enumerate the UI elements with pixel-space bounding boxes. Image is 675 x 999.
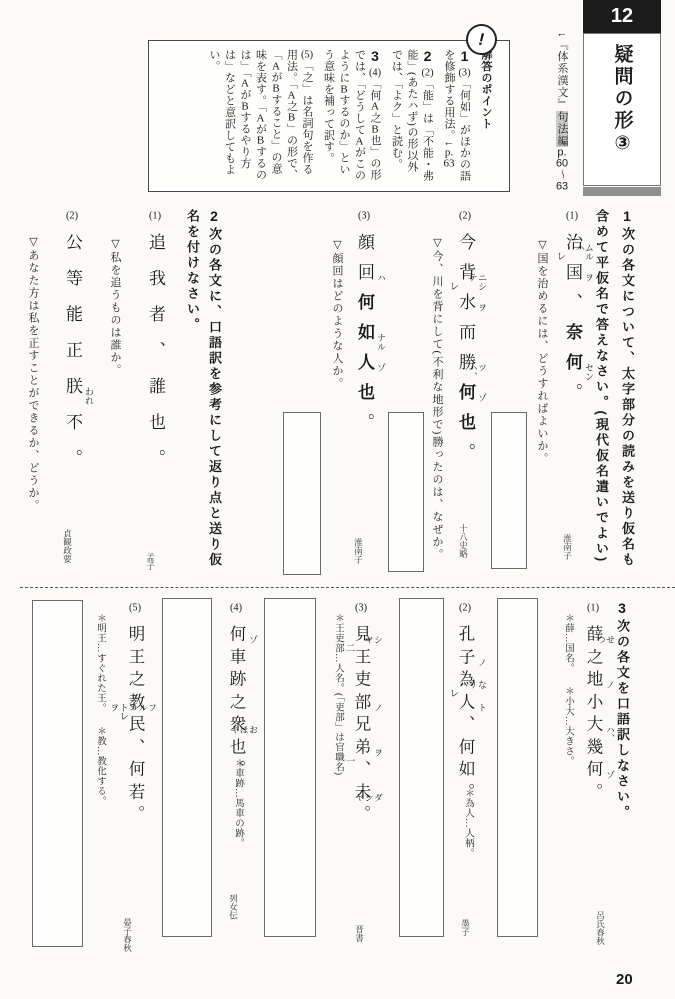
item-label: (2) [459,210,471,221]
kanbun-sentence: 見シヤ二王吏部ノ兄弟ヲ一、未ダシヤ。 [352,625,371,828]
item-label: (3) [358,210,370,221]
kanbun-sentence: 今背ニシテレ水ヲ而勝ツハ、何ゾ也。 [456,233,475,473]
item-label: (4) [230,602,242,613]
kanbun-sentence: 公等能正朕われ不。 [63,233,82,485]
kanbun-sentence: 薛せつ之地ノ小大ハ、幾何ゾ。 [584,625,603,805]
textbook-reference: ↓『体系漢文』句法編p.60〜63 [542,32,570,204]
section-divider [20,587,675,588]
answer-box[interactable] [399,598,444,937]
vocabulary-note: ＊王吏部…人名。(「吏部」は官職名) [329,613,345,943]
item-label: (1) [149,210,161,221]
answer-box[interactable] [491,412,527,569]
translation-note: ▽国を治めるには、どうすればよいか。 [530,238,550,578]
translation-note: ▽私を追うものは誰か。 [104,237,123,577]
item-label: (1) [566,210,578,221]
exercise2-item1-sentence-column: (1)追我者、誰也。 [128,210,168,582]
vocabulary-note: ＊薛…国名。＊小大…大きさ。 [559,613,575,943]
answer-box[interactable] [497,598,538,937]
workbook-page: 12 疑問の形③ ↓『体系漢文』句法編p.60〜63 解答のポイント 1(3)「… [0,0,675,999]
source-label: 孟子 [146,553,155,570]
exercise1-item1-sentence-column: (1)治ムルハレ国ヲ、奈何セン。 [545,210,585,582]
lesson-title-box: 疑問の形③ [583,33,661,186]
answer-box[interactable] [162,598,212,937]
answer-box[interactable] [283,412,321,575]
kanbun-sentence: 顔回ハ何如ナル人ゾ也。 [355,233,374,443]
kanbun-sentence: 治ムルハレ国ヲ、奈何セン。 [563,233,582,413]
exercise2-item2-sentence-column: (2)公等能正朕われ不。 [45,210,85,582]
answer-box[interactable] [388,412,424,572]
point-item-4: (5)「之」は名詞句を作る用法。「A之B」の形で、「AがBすること」の意味を表す… [206,49,315,183]
vocabulary-note: ＊明王…すぐれた王。＊教…教化する。 [91,613,107,943]
item-label: (3) [355,602,367,613]
source-label: 晏子春秋 [123,918,132,952]
kanbun-sentence: 明王之教フルコトヲレ民、何若。 [126,625,145,828]
answer-box[interactable] [32,600,83,947]
vocabulary-note: ＊為人…人柄。 [459,788,475,938]
source-label: 列女伝 [229,894,238,920]
answer-box[interactable] [264,598,316,937]
item-label: (2) [66,210,78,221]
point-item-2: 2(2)「能」は「不能・弗能」(あたハず)の形以外では、「よク」と読む。 [388,49,435,183]
title-bottom-bar [583,187,661,196]
source-label: 晋書 [355,925,364,942]
source-label: 貞観政要 [63,529,72,563]
item-label: (2) [459,602,471,613]
translation-note: ▽あなた方は私を正すことができるか、どうか。 [22,235,41,583]
point-item-3: 3(4)「何A之B也」の形では、「どうしてAがこのようにBするのか」という意味を… [320,49,382,183]
source-label: 淮南子 [354,538,363,564]
point-item-1: 1(3)「何如」がほかの語を修飾する用法。↓p.63 [441,49,472,183]
kanbun-sentence: 孔子ノ為なリハレ人ト、何如。 [456,625,475,805]
translation-note: ▽今、川を背にして(不利な地形で)勝ったのは、なぜか。 [426,236,445,580]
exercise3-instruction: 3次の各文を口語訳しなさい。 [606,601,634,981]
answer-points-title: 解答のポイント [478,49,494,183]
source-label: 淮南子 [563,534,572,560]
source-label: 墨子 [461,919,470,936]
answer-points-box: 解答のポイント 1(3)「何如」がほかの語を修飾する用法。↓p.63 2(2)「… [148,40,510,192]
source-label: 十八史略 [459,524,468,558]
answer-points-content: 解答のポイント 1(3)「何如」がほかの語を修飾する用法。↓p.63 2(2)「… [157,49,499,183]
page-title: 疑問の形③ [609,34,636,185]
item-label: (1) [587,602,599,613]
translation-note: ▽顔回はどのような人か。 [325,238,345,578]
source-label: 呂氏春秋 [596,911,605,945]
alert-icon-glyph: ! [476,29,486,50]
item-label: (5) [129,602,141,613]
exercise1-instruction: 1次の各文について、太字部分の読みを送り仮名も含めて平仮名で答えなさい。(現代仮… [588,209,640,583]
exercise3-item5-sentence-column: (5)明王之教フルコトヲレ民、何若。 [107,602,147,952]
lesson-number-badge: 12 [583,0,661,33]
exercise2-instruction: 2次の各文に、口語訳を参考にして返り点と送り仮名を付けなさい。 [179,209,225,583]
page-number: 20 [616,971,633,988]
kanbun-sentence: 追我者、誰也。 [146,233,165,485]
